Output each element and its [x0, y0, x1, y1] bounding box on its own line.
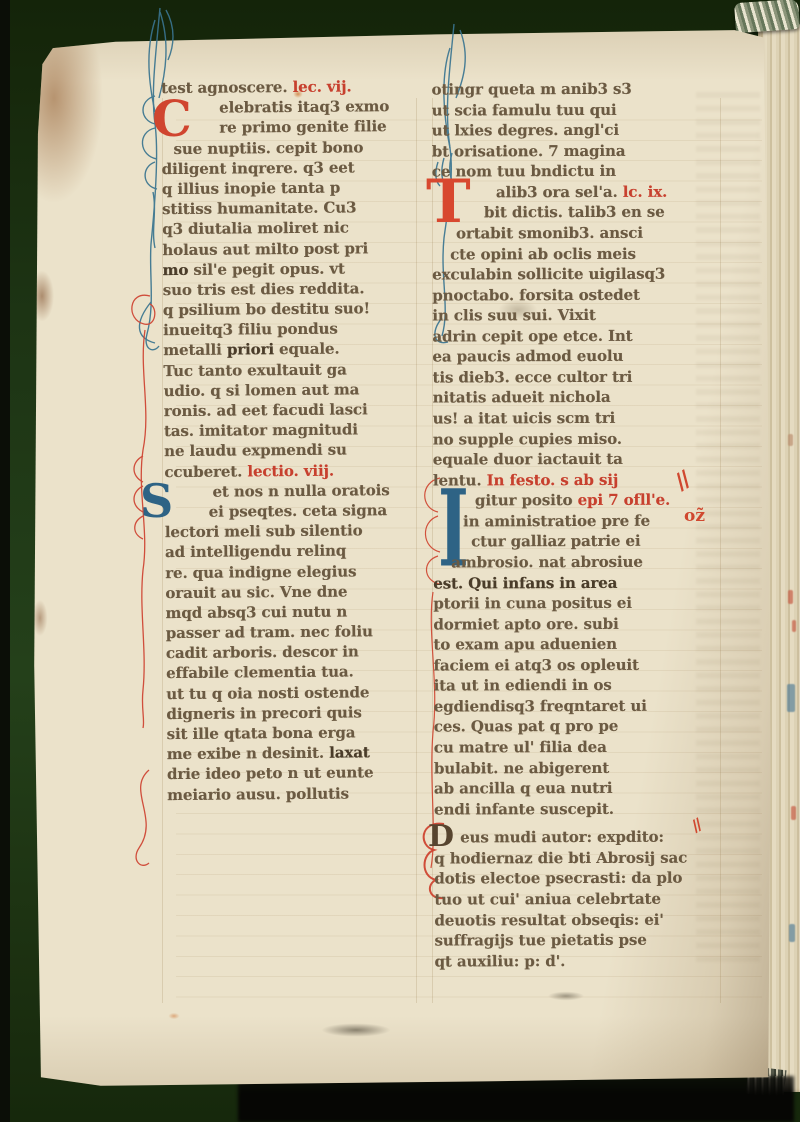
- text-run: lectori meli sub silentio: [165, 522, 363, 542]
- text-run: ce nom tuu bndictu in: [432, 162, 616, 181]
- text-run: re. qua indigne elegius: [165, 562, 356, 582]
- manuscript-line: qt auxiliu: p: d'.: [434, 950, 726, 972]
- manuscript-line: suffragijs tue pietatis pse: [434, 930, 726, 952]
- text-run: to exam apu aduenien: [433, 635, 617, 654]
- text-run: adrin cepit ope etce. Int: [432, 327, 632, 346]
- text-run: ad intelligendu relinq: [165, 542, 346, 562]
- text-run: gitur posito: [475, 491, 578, 509]
- manuscript-line: q hodiernaz die bti Abrosij sac: [434, 847, 726, 869]
- manuscript-line: ab ancilla q eua nutri: [434, 778, 726, 800]
- text-run: egdiendisq3 freqntaret ui: [434, 697, 647, 716]
- manuscript-line: cte opini ab oclis meis: [432, 243, 724, 265]
- text-run: epi 7 ofll'e.: [578, 491, 671, 509]
- manuscript-line: to exam apu aduenien: [433, 634, 725, 656]
- manuscript-line: ambrosio. nat abrosiue: [433, 551, 725, 573]
- text-run: in clis suu sui. Vixit: [432, 306, 595, 325]
- manuscript-line: q illius inopie tanta p: [162, 177, 418, 199]
- manuscript-line: Tuc tanto exultauit ga: [163, 359, 419, 381]
- text-run: cadit arboris. descor in: [166, 643, 359, 663]
- manuscript-line: adrin cepit ope etce. Int: [432, 325, 724, 347]
- manuscript-line: passer ad tram. nec foliu: [166, 621, 422, 643]
- manuscript-line: meiario ausu. pollutis: [167, 782, 423, 804]
- text-run: passer ad tram. nec foliu: [166, 622, 373, 642]
- text-run: qt auxiliu: p: d'.: [434, 952, 565, 970]
- text-run: q3 diutalia moliret nic: [162, 219, 349, 239]
- text-run: alib3 ora sel'a.: [496, 183, 623, 201]
- text-run: endi infante suscepit.: [434, 800, 614, 819]
- text-run: metalli: [163, 341, 227, 360]
- text-run: bulabit. ne abigerent: [434, 758, 609, 777]
- manuscript-line: deuotis resultat obseqis: ei': [434, 909, 726, 931]
- manuscript-line: inueitq3 filiu pondus: [163, 318, 419, 340]
- text-run: inueitq3 filiu pondus: [163, 320, 338, 340]
- manuscript-line: ut lxies degres. angl'ci: [432, 120, 724, 142]
- text-run: tis dieb3. ecce cultor tri: [432, 368, 632, 387]
- text-run: test agnoscere.: [161, 78, 293, 97]
- text-run: cte opini ab oclis meis: [450, 244, 636, 263]
- text-run: faciem ei atq3 os opleuit: [433, 656, 638, 675]
- manuscript-line: pnoctabo. forsita ostedet: [432, 284, 724, 306]
- fore-edge-mark: [789, 924, 795, 942]
- manuscript-line: sue nuptiis. cepit bono: [161, 136, 417, 158]
- manuscript-line: ctur galliaz patrie ei: [433, 531, 725, 553]
- text-run: stitiss humanitate. Cu3: [162, 199, 357, 219]
- text-run: deuotis resultat obseqis: ei': [434, 910, 663, 929]
- text-run: sil'e pegit opus. vt: [193, 259, 345, 278]
- manuscript-line: digneris in precori quis: [166, 702, 422, 724]
- text-run: exculabin sollicite uigilasq3: [432, 265, 665, 284]
- manuscript-line: ce nom tuu bndictu in: [432, 161, 724, 183]
- text-run: equale duor iactauit ta: [433, 450, 623, 469]
- manuscript-line: orauit au sic. Vne dne: [165, 581, 421, 603]
- manuscript-line: gitur posito epi 7 ofll'e.: [433, 490, 725, 512]
- text-run: bit dictis. talib3 en se: [484, 203, 665, 222]
- text-run: me exibe n desinit.: [167, 744, 330, 763]
- text-run: sue nuptiis. cepit bono: [173, 138, 363, 158]
- text-column-right: otingr queta m anib3 s3ut scia famulu tu…: [431, 78, 726, 971]
- text-run: ab ancilla q eua nutri: [434, 779, 613, 798]
- manuscript-line: ortabit smonib3. ansci: [432, 222, 724, 244]
- manuscript-line: dotis electoe psecrasti: da plo: [434, 868, 726, 890]
- manuscript-line: ronis. ad eet facudi lasci: [164, 399, 420, 421]
- manuscript-line: q psilium bo destitu suo!: [163, 298, 419, 320]
- manuscript-line: est. Qui infans in area: [433, 572, 725, 594]
- manuscript-line: us! a itat uicis scm tri: [433, 407, 725, 429]
- fore-edge-mark: [788, 590, 793, 604]
- text-run: lentu.: [433, 471, 487, 489]
- manuscript-line: endi infante suscepit.: [434, 798, 726, 820]
- manuscript-line: nitatis adueit nichola: [433, 387, 725, 409]
- manuscript-line: egdiendisq3 freqntaret ui: [434, 695, 726, 717]
- text-run: tas. imitator magnitudi: [164, 421, 358, 441]
- manuscript-line: mqd absq3 cui nutu n: [165, 601, 421, 623]
- text-run: ces. Quas pat q pro pe: [434, 717, 619, 736]
- fore-edge-mark: [791, 806, 796, 820]
- text-run: ut tu q oia nosti ostende: [166, 683, 369, 703]
- text-run: elebratis itaq3 exmo: [219, 97, 389, 116]
- text-run: effabile clementia tua.: [166, 663, 354, 683]
- text-run: meiario ausu. pollutis: [167, 784, 349, 804]
- manuscript-line: no supple cupies miso.: [433, 428, 725, 450]
- manuscript-line: ptorii in cuna positus ei: [433, 593, 725, 615]
- text-run: tuo ut cui' aniua celebrtate: [434, 890, 661, 909]
- manuscript-line: re. qua indigne elegius: [165, 560, 421, 582]
- fore-edge-mark: [788, 434, 793, 446]
- text-run: ita ut in ediendi in os: [434, 676, 612, 695]
- manuscript-line: ces. Quas pat q pro pe: [434, 716, 726, 738]
- manuscript-line: exculabin sollicite uigilasq3: [432, 264, 724, 286]
- text-run: bt orisatione. 7 magina: [432, 142, 626, 161]
- manuscript-line: et nos n nulla oratois: [164, 480, 420, 502]
- manuscript-line: mo sil'e pegit opus. vt: [162, 258, 418, 280]
- text-run: us! a itat uicis scm tri: [433, 409, 616, 428]
- text-run: ccuberet.: [164, 462, 247, 481]
- text-run: est. Qui infans in area: [433, 573, 617, 592]
- text-run: q psilium bo destitu suo!: [163, 299, 370, 319]
- manuscript-line: cadit arboris. descor in: [166, 641, 422, 663]
- text-run: ronis. ad eet facudi lasci: [164, 400, 368, 420]
- text-run: lectio. viij.: [247, 461, 334, 480]
- text-run: suffragijs tue pietatis pse: [434, 931, 646, 950]
- manuscript-line: otingr queta m anib3 s3: [431, 78, 723, 100]
- manuscript-line: bt orisatione. 7 magina: [432, 140, 724, 162]
- text-run: ne laudu expmendi su: [164, 441, 347, 461]
- text-run: priori: [227, 341, 279, 359]
- fore-edge-mark: [792, 620, 796, 632]
- manuscript-line: dormiet apto ore. subi: [433, 613, 725, 635]
- manuscript-line: me exibe n desinit. laxat: [167, 742, 423, 764]
- manuscript-line: tuo ut cui' aniua celebrtate: [434, 888, 726, 910]
- manuscript-line: faciem ei atq3 os opleuit: [433, 654, 725, 676]
- text-run: lec. vij.: [292, 77, 351, 96]
- manuscript-line: holaus aut milto post pri: [162, 237, 418, 259]
- manuscript-line: cu matre ul' filia dea: [434, 736, 726, 758]
- text-run: udio. q si lomen aut ma: [163, 380, 359, 400]
- manuscript-line: ccuberet. lectio. viij.: [164, 459, 420, 481]
- text-run: q illius inopie tanta p: [162, 179, 340, 199]
- manuscript-line: q3 diutalia moliret nic: [162, 217, 418, 239]
- text-run: in aministratioe pre fe: [463, 512, 650, 531]
- text-run: suo tris est dies reddita.: [163, 279, 365, 299]
- text-run: laxat: [329, 744, 370, 762]
- text-run: equale.: [279, 340, 340, 359]
- manuscript-line: suo tris est dies reddita.: [163, 278, 419, 300]
- text-run: et nos n nulla oratois: [212, 481, 389, 501]
- text-run: lc. ix.: [623, 183, 668, 201]
- margin-note: oz̃: [684, 506, 705, 526]
- text-run: orauit au sic. Vne dne: [165, 582, 347, 602]
- manuscript-line: sit ille qtata bona erga: [166, 722, 422, 744]
- manuscript-line: elebratis itaq3 exmo: [161, 96, 417, 118]
- text-run: ut scia famulu tuu qui: [432, 100, 617, 119]
- fore-edge-mark: [787, 684, 795, 712]
- manuscript-line: ei pseqtes. ceta signa: [165, 500, 421, 522]
- manuscript-line: stitiss humanitate. Cu3: [162, 197, 418, 219]
- text-run: drie ideo peto n ut eunte: [167, 764, 374, 784]
- photo-backdrop-edge: [0, 0, 10, 1122]
- manuscript-line: bulabit. ne abigerent: [434, 757, 726, 779]
- text-run: pnoctabo. forsita ostedet: [432, 285, 640, 304]
- text-run: no supple cupies miso.: [433, 429, 622, 448]
- text-run: eus mudi autor: expdito:: [460, 828, 664, 847]
- text-run: cu matre ul' filia dea: [434, 738, 607, 757]
- manuscript-line: re primo genite filie: [161, 116, 417, 138]
- manuscript-line: udio. q si lomen aut ma: [163, 379, 419, 401]
- manuscript-line: tis dieb3. ecce cultor tri: [432, 366, 724, 388]
- manuscript-line: ne laudu expmendi su: [164, 439, 420, 461]
- manuscript-line: test agnoscere. lec. vij.: [161, 76, 417, 98]
- text-run: ambrosio. nat abrosiue: [451, 553, 643, 572]
- text-run: dotis electoe psecrasti: da plo: [434, 869, 682, 888]
- manuscript-line: in aministratioe pre fe: [433, 510, 725, 532]
- text-run: re primo genite filie: [219, 118, 386, 137]
- manuscript-line: alib3 ora sel'a. lc. ix.: [432, 181, 724, 203]
- text-run: holaus aut milto post pri: [162, 239, 368, 259]
- text-run: q hodiernaz die bti Abrosij sac: [434, 848, 687, 867]
- manuscript-line: in clis suu sui. Vixit: [432, 305, 724, 327]
- text-run: ortabit smonib3. ansci: [456, 224, 643, 243]
- text-run: mqd absq3 cui nutu n: [165, 602, 347, 622]
- manuscript-line: ita ut in ediendi in os: [434, 675, 726, 697]
- text-run: otingr queta m anib3 s3: [431, 80, 631, 99]
- text-run: diligent inqrere. q3 eet: [162, 158, 355, 178]
- text-run: sit ille qtata bona erga: [166, 723, 355, 743]
- text-run: digneris in precori quis: [166, 703, 361, 723]
- text-column-left: test agnoscere. lec. vij.elebratis itaq3…: [161, 76, 423, 805]
- text-run: ptorii in cuna positus ei: [433, 594, 632, 613]
- manuscript-line: tas. imitator magnitudi: [164, 419, 420, 441]
- manuscript-line: ea paucis admod euolu: [432, 346, 724, 368]
- manuscript-line: eus mudi autor: expdito:: [434, 827, 726, 849]
- manuscript-line: diligent inqrere. q3 eet: [162, 157, 418, 179]
- manuscript-line: metalli priori equale.: [163, 338, 419, 360]
- text-run: ut lxies degres. angl'ci: [432, 121, 619, 140]
- manuscript-line: ad intelligendu relinq: [165, 540, 421, 562]
- text-run: ei pseqtes. ceta signa: [209, 501, 388, 521]
- manuscript-line: effabile clementia tua.: [166, 661, 422, 683]
- manuscript-line: drie ideo peto n ut eunte: [167, 762, 423, 784]
- headband-endband: [734, 0, 800, 33]
- text-run: In festo. s ab sij: [487, 471, 619, 489]
- text-run: nitatis adueit nichola: [433, 388, 611, 407]
- text-run: Tuc tanto exultauit ga: [163, 360, 346, 380]
- manuscript-line: ut scia famulu tuu qui: [432, 99, 724, 121]
- manuscript-line: ut tu q oia nosti ostende: [166, 681, 422, 703]
- text-run: ctur galliaz patrie ei: [471, 532, 640, 551]
- manuscript-line: bit dictis. talib3 en se: [432, 202, 724, 224]
- manuscript-line: lectori meli sub silentio: [165, 520, 421, 542]
- text-run: dormiet apto ore. subi: [433, 614, 618, 633]
- text-run: mo: [162, 261, 193, 279]
- text-run: ea paucis admod euolu: [432, 347, 623, 366]
